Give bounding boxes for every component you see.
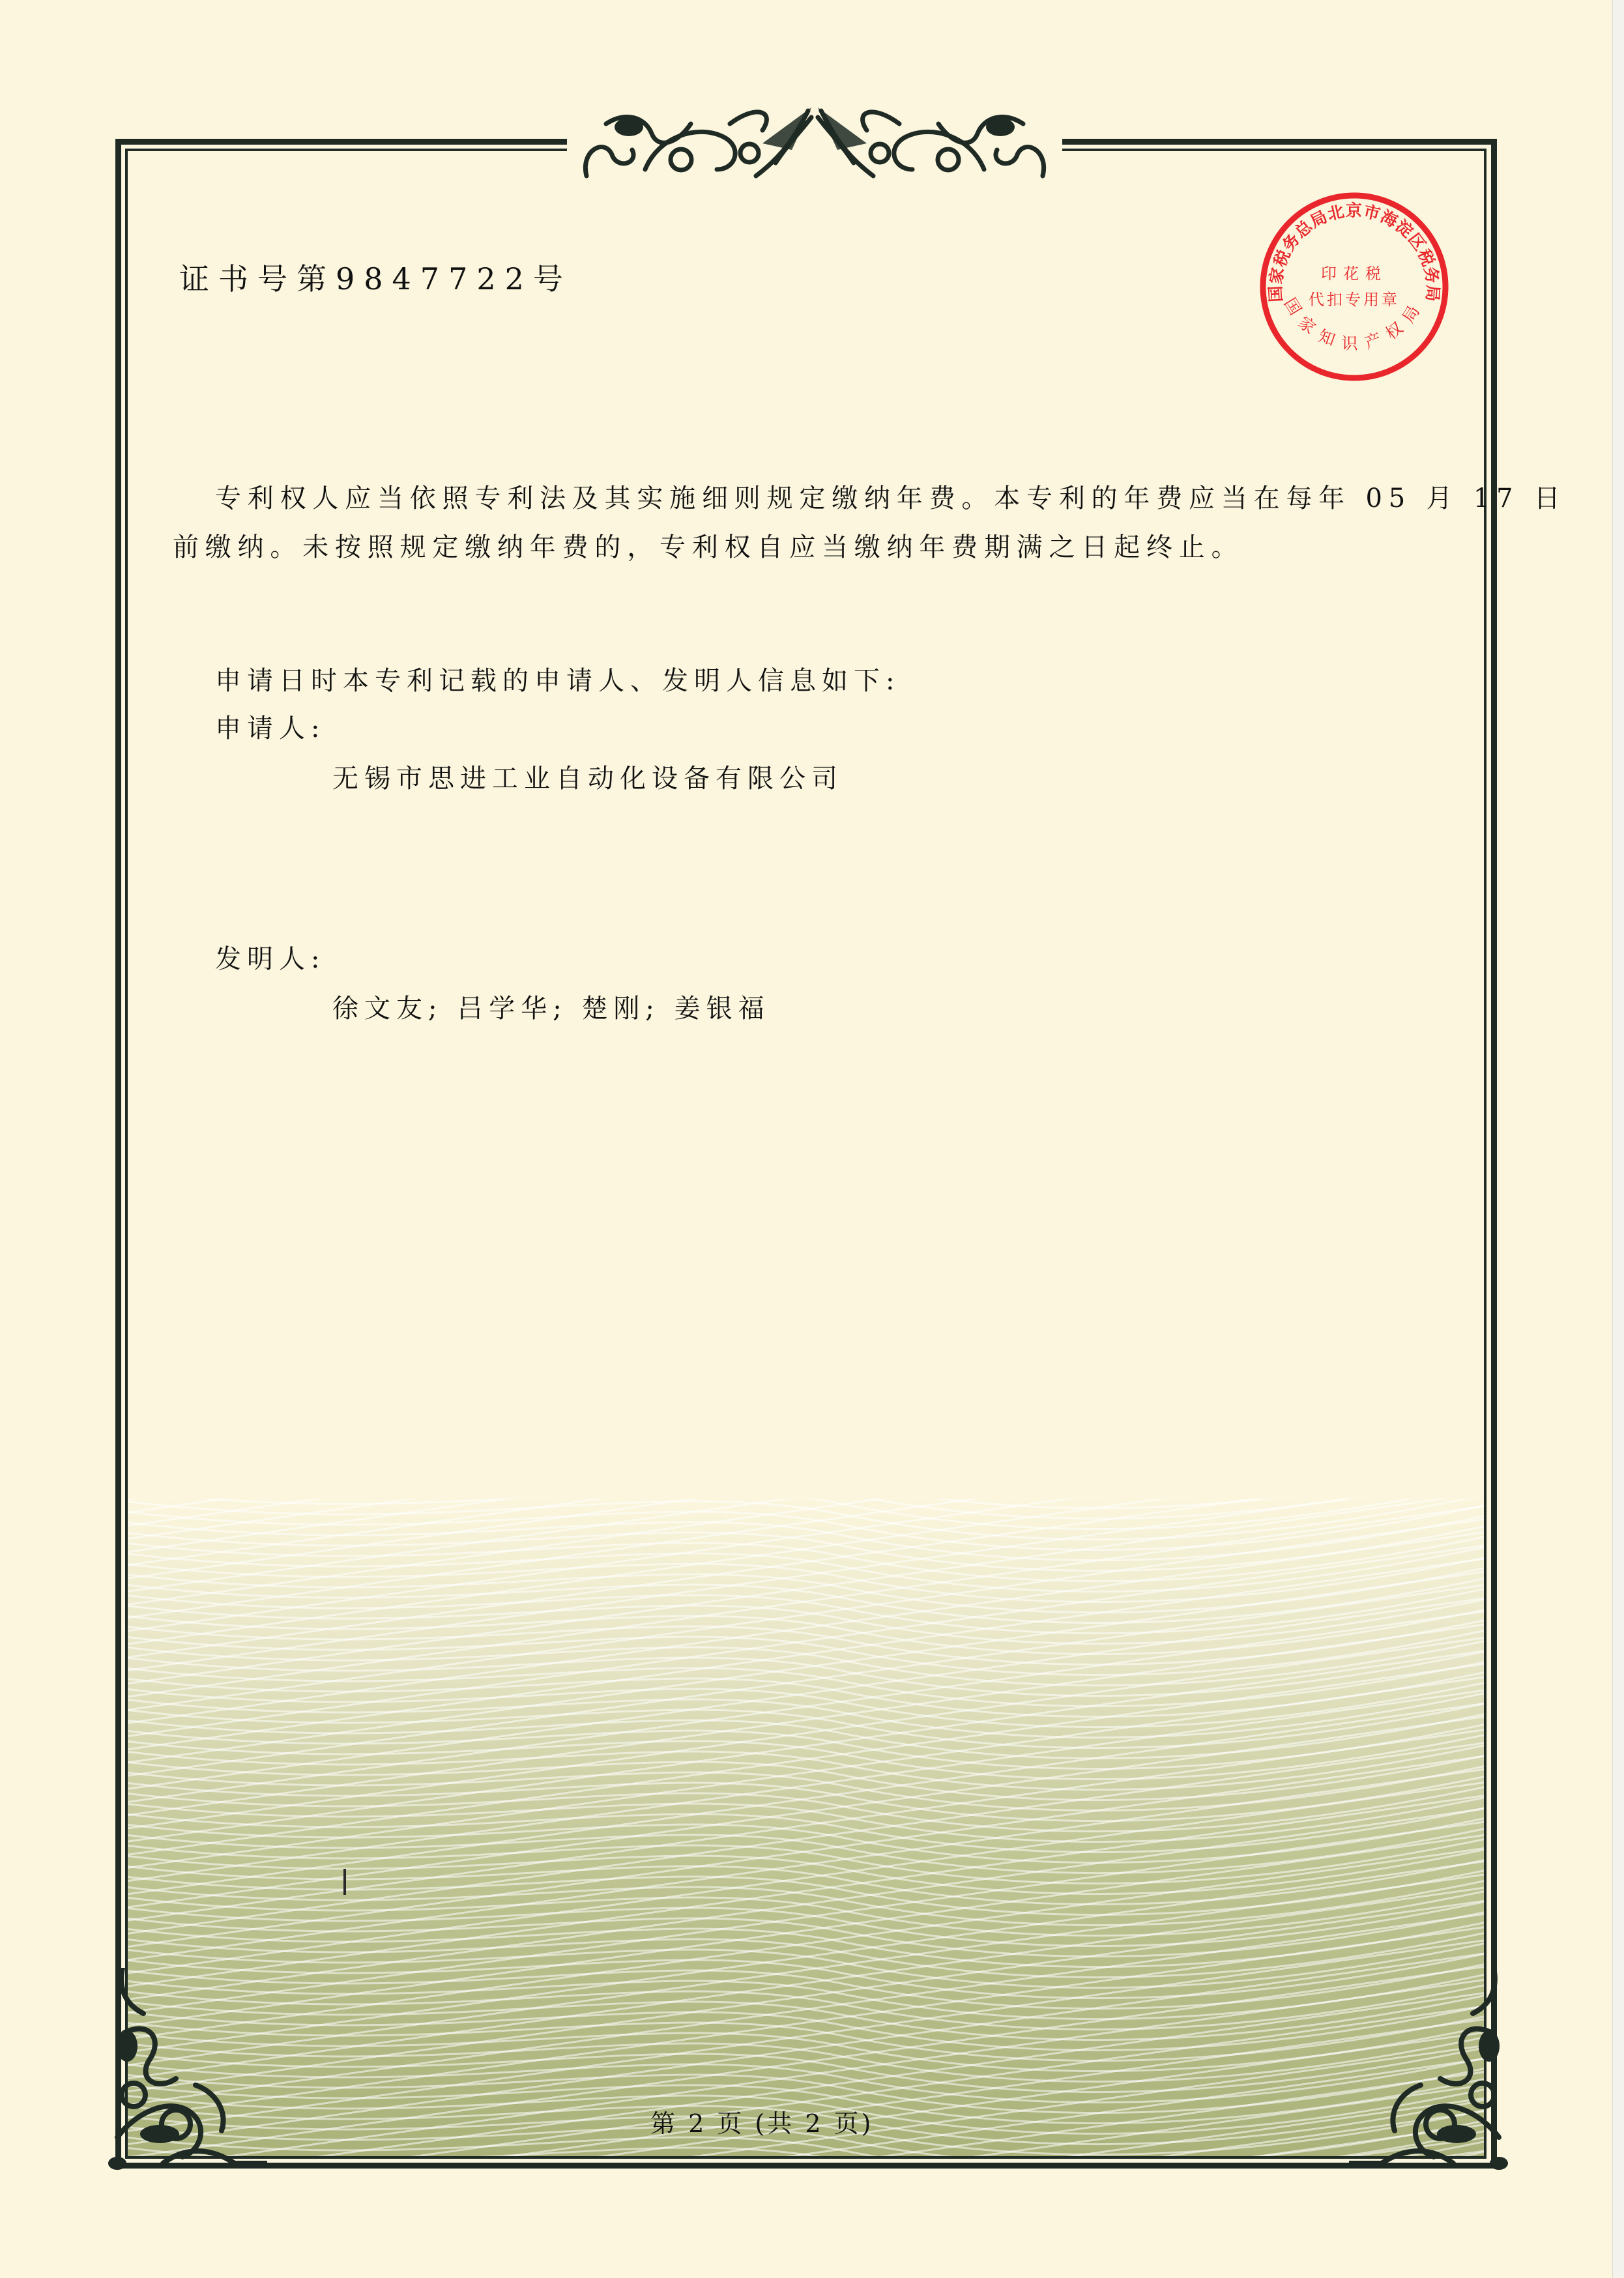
applicant-name: 无锡市思进工业自动化设备有限公司	[332, 766, 843, 792]
applicant-label: 申请人:	[215, 715, 325, 742]
parties-intro: 申请日时本专利记载的申请人、发明人信息如下:	[215, 668, 900, 694]
floral-scroll-corner-icon	[1349, 1968, 1518, 2176]
page-number-footer: 第 2 页 (共 2 页)	[650, 2111, 873, 2136]
seal-center-line1: 印花税	[1321, 265, 1387, 283]
scan-speck	[343, 1869, 346, 1895]
scan-page-edge	[1612, 0, 1624, 2278]
stamp-duty-seal: 国家税务总局北京市海淀区税务局 国家知识产权局 印花税 代扣专用章	[1256, 189, 1452, 384]
certificate-number: 证书号第9847722号	[179, 264, 572, 294]
annual-fee-notice-line1: 专利权人应当依照专利法及其实施细则规定缴纳年费。本专利的年费应当在每年 05 月…	[215, 485, 1567, 512]
certificate-frame-inner	[125, 149, 1486, 2159]
inventor-names: 徐文友; 吕学华; 楚刚; 姜银福	[332, 996, 770, 1022]
annual-fee-notice-line2: 前缴纳。未按照规定缴纳年费的，专利权自应当缴纳年费期满之日起终止。	[173, 534, 1243, 560]
inventor-label: 发明人:	[215, 946, 325, 972]
floral-scroll-corner-icon	[98, 1968, 267, 2176]
seal-center-line2: 代扣专用章	[1309, 291, 1400, 309]
dragon-scroll-ornament-icon	[567, 98, 1062, 186]
